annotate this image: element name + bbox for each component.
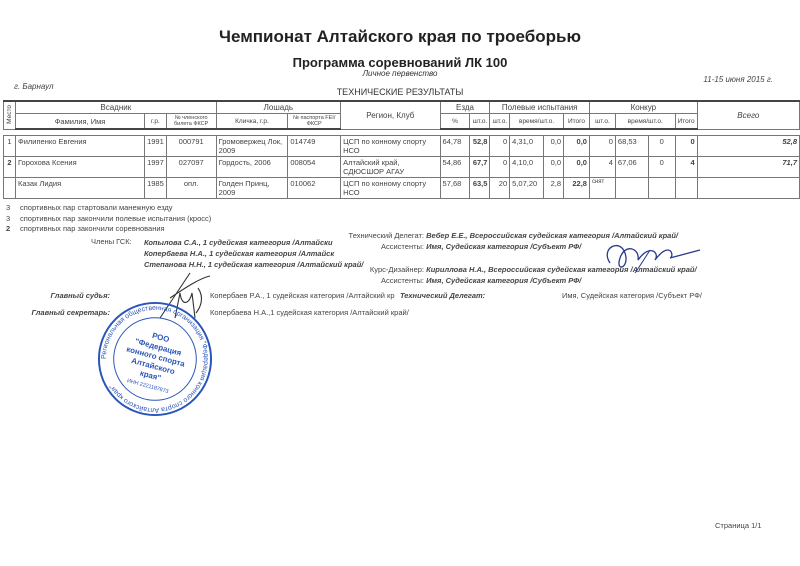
cell-jump-total <box>675 178 697 199</box>
cell-cross-pen: 0 <box>490 136 510 157</box>
subheader-cross-total: Итого <box>564 114 590 130</box>
cell-cross-time: 4,10,0 <box>510 157 544 178</box>
assistants-line-1: Ассистенты: Имя, Судейская категория /Су… <box>329 242 581 251</box>
page-number: Страница 1/1 <box>715 521 762 530</box>
stat-cross: 3спортивных пар закончили полевые испыта… <box>6 214 211 225</box>
header-rider: Всадник <box>16 101 217 114</box>
subheader-name: Фамилия, Имя <box>16 114 145 130</box>
cell-horse: Голден Принц, 2009 <box>216 178 288 199</box>
cell-jump-time-pen: 0 <box>648 157 675 178</box>
subheader-cross-time: время/шт.о. <box>510 114 564 130</box>
cell-dressage-pct: 54,86 <box>440 157 470 178</box>
cell-ticket: 000791 <box>166 136 216 157</box>
chief-secretary-line: Главный секретарь: <box>0 308 110 317</box>
cell-dressage-pen: 63,5 <box>470 178 490 199</box>
stat-finished: 2спортивных пар закончили соревнования <box>6 224 211 235</box>
subheader-jump-total: Итого <box>675 114 697 130</box>
header-horse: Лошадь <box>216 101 341 114</box>
subheader-ticket: № членского билета ФКСР <box>166 114 216 130</box>
cell-cross-pen: 20 <box>490 178 510 199</box>
table-row: 2 Горохова Ксения 1997 027097 Гордость, … <box>4 157 800 178</box>
section-title: ТЕХНИЧЕСКИЕ РЕЗУЛЬТАТЫ <box>0 87 800 97</box>
cell-jump-total: 4 <box>675 157 697 178</box>
cell-birth-year: 1985 <box>145 178 167 199</box>
header-place: Место <box>4 101 16 129</box>
cell-place: 1 <box>4 136 16 157</box>
cell-birth-year: 1991 <box>145 136 167 157</box>
cell-cross-time-pen: 0,0 <box>544 136 564 157</box>
tech-delegate-label-2: Технический Делегат: <box>400 291 485 300</box>
chief-judge-line: Главный судья: <box>0 291 110 300</box>
organization-stamp-icon: Региональная общественная организация "Ф… <box>96 300 214 418</box>
dates-label: 11-15 июня 2015 г. <box>703 75 773 84</box>
cell-jump-pen: снят <box>589 178 615 199</box>
cell-cross-time: 4,31,0 <box>510 136 544 157</box>
subheader-jump-pen: шт.о. <box>589 114 615 130</box>
cell-passport: 014749 <box>288 136 341 157</box>
chief-secretary-name: Копербаева Н.А.,1 судейская категория /А… <box>210 308 409 317</box>
stats-block: 3спортивных пар стартовали манежную езду… <box>6 203 211 235</box>
document-title: Чемпионат Алтайского края по троеборью <box>0 27 800 47</box>
cell-cross-time-pen: 0,0 <box>544 157 564 178</box>
cell-cross-time: 5,07,20 <box>510 178 544 199</box>
cell-total: 52,8 <box>697 136 799 157</box>
cell-cross-total: 0,0 <box>564 157 590 178</box>
cell-jump-time: 67,06 <box>615 157 648 178</box>
header-dressage: Езда <box>440 101 490 114</box>
cell-jump-time <box>615 178 648 199</box>
cell-place <box>4 178 16 199</box>
cell-total <box>697 178 799 199</box>
subheader-horse-name: Кличка, г.р. <box>216 114 288 130</box>
subheader-cross-pen: шт.о. <box>490 114 510 130</box>
cell-total: 71,7 <box>697 157 799 178</box>
cell-jump-time-pen: 0 <box>648 136 675 157</box>
cell-jump-total: 0 <box>675 136 697 157</box>
cell-passport: 008054 <box>288 157 341 178</box>
cell-place: 2 <box>4 157 16 178</box>
tech-delegate-name-2: Имя, Судейская категория /Субъект РФ/ <box>562 291 702 300</box>
header-region: Регион, Клуб <box>341 101 440 129</box>
subheader-jump-time: время/шт.о. <box>615 114 675 130</box>
svg-text:ИНН 2221187873: ИНН 2221187873 <box>126 378 169 395</box>
cell-cross-total: 22,8 <box>564 178 590 199</box>
results-table: Место Всадник Лошадь Регион, Клуб Езда П… <box>3 100 800 199</box>
cell-cross-pen: 0 <box>490 157 510 178</box>
cell-ticket: опл. <box>166 178 216 199</box>
signature-tech-delegate-icon <box>590 228 710 278</box>
cell-region: ЦСП по конному спорту НСО <box>341 178 440 199</box>
subheader-birth-year: г.р. <box>145 114 167 130</box>
cell-jump-pen: 4 <box>589 157 615 178</box>
cell-dressage-pen: 52,8 <box>470 136 490 157</box>
gsk-label: Члены ГСК: <box>91 237 132 246</box>
cell-jump-pen: 0 <box>589 136 615 157</box>
cell-region: ЦСП по конному спорту НСО <box>341 136 440 157</box>
subheader-dressage-pct: % <box>440 114 470 130</box>
cell-passport: 010062 <box>288 178 341 199</box>
subheader-dressage-pen: шт.о. <box>470 114 490 130</box>
header-cross: Полевые испытания <box>490 101 590 114</box>
document-subsubtitle: Личное первенство <box>0 69 800 78</box>
subheader-passport: № паспорта FEI/ФКСР <box>288 114 341 130</box>
stat-started: 3спортивных пар стартовали манежную езду <box>6 203 211 214</box>
cell-region: Алтайский край, СДЮСШОР АГАУ <box>341 157 440 178</box>
cell-ticket: 027097 <box>166 157 216 178</box>
cell-cross-total: 0,0 <box>564 136 590 157</box>
cell-jump-time: 68,53 <box>615 136 648 157</box>
table-row: Казак Лидия 1985 опл. Голден Принц, 2009… <box>4 178 800 199</box>
cell-dressage-pct: 57,68 <box>440 178 470 199</box>
cell-horse: Громовержец Лок, 2009 <box>216 136 288 157</box>
header-jumping: Конкур <box>589 101 697 114</box>
cell-dressage-pen: 67,7 <box>470 157 490 178</box>
header-total: Всего <box>697 101 799 129</box>
cell-jump-time-pen <box>648 178 675 199</box>
cell-cross-time-pen: 2,8 <box>544 178 564 199</box>
chief-judge-name: Копербаев Р.А., 1 судейская категория /А… <box>210 291 395 300</box>
assistants-line-2: Ассистенты: Имя, Судейская категория /Су… <box>329 276 581 285</box>
cell-dressage-pct: 64,78 <box>440 136 470 157</box>
cell-name: Филипенко Евгения <box>16 136 145 157</box>
cell-name: Казак Лидия <box>16 178 145 199</box>
cell-horse: Гордость, 2006 <box>216 157 288 178</box>
table-row: 1 Филипенко Евгения 1991 000791 Громовер… <box>4 136 800 157</box>
document-subtitle: Программа соревнований ЛК 100 <box>0 55 800 70</box>
cell-name: Горохова Ксения <box>16 157 145 178</box>
cell-birth-year: 1997 <box>145 157 167 178</box>
